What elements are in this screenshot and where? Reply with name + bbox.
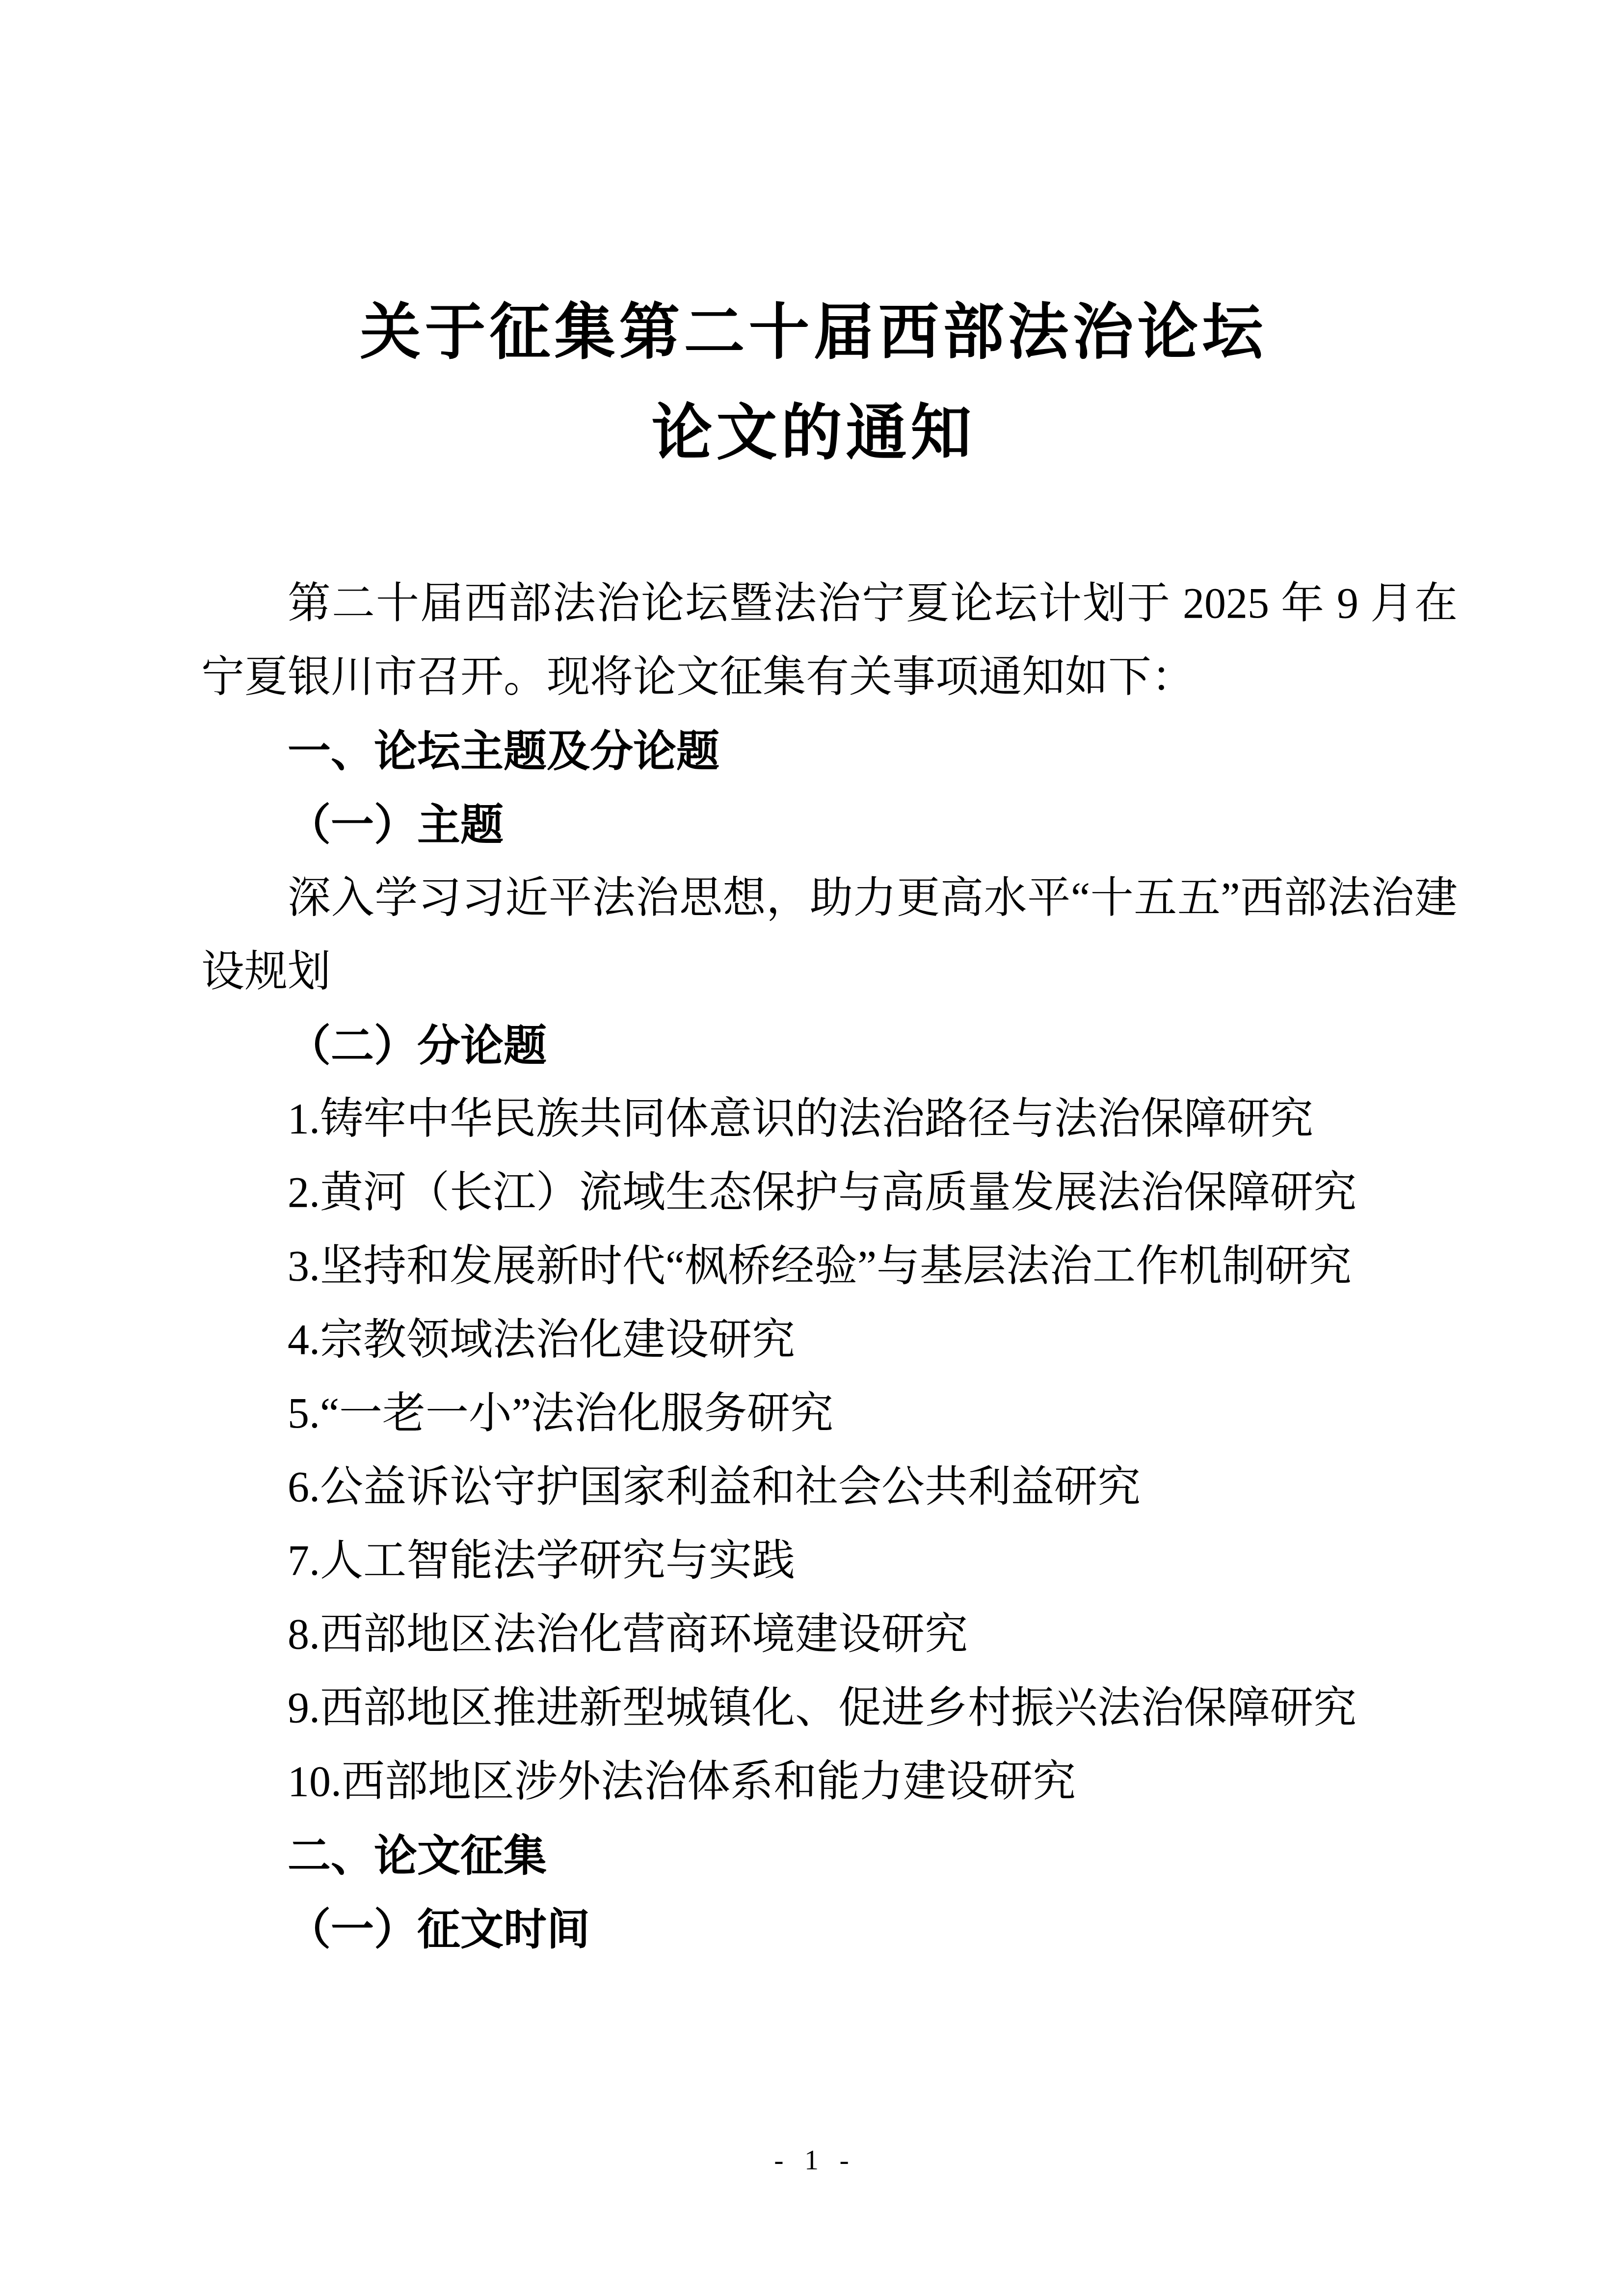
heading-section-2: 二、论文征集 xyxy=(201,1819,1458,1892)
doc-body: 第二十届西部法治论坛暨法治宁夏论坛计划于 2025 年 9 月在宁夏银川市召开。… xyxy=(201,567,1458,1966)
doc-title-line-1: 关于征集第二十届西部法治论坛 xyxy=(0,282,1623,383)
list-item-1: 1.铸牢中华民族共同体意识的法治路径与法治保障研究 xyxy=(201,1082,1458,1156)
doc-title: 关于征集第二十届西部法治论坛 论文的通知 xyxy=(0,282,1623,484)
list-item-5: 5.“一老一小”法治化服务研究 xyxy=(201,1377,1458,1451)
list-item-3: 3.坚持和发展新时代“枫桥经验”与基层法治工作机制研究 xyxy=(201,1230,1458,1303)
list-item-6: 6.公益诉讼守护国家利益和社会公共利益研究 xyxy=(201,1451,1458,1524)
document-page: 关于征集第二十届西部法治论坛 论文的通知 第二十届西部法治论坛暨法治宁夏论坛计划… xyxy=(0,0,1623,2296)
list-item-10: 10.西部地区涉外法治体系和能力建设研究 xyxy=(201,1745,1458,1819)
heading-subtopics: （二）分论题 xyxy=(201,1009,1458,1082)
list-item-9: 9.西部地区推进新型城镇化、促进乡村振兴法治保障研究 xyxy=(201,1672,1458,1745)
list-item-2: 2.黄河（长江）流域生态保护与高质量发展法治保障研究 xyxy=(201,1156,1458,1230)
page-number: - 1 - xyxy=(0,2143,1623,2177)
heading-collection-time: （一）征文时间 xyxy=(201,1892,1458,1966)
paragraph-theme: 深入学习习近平法治思想，助力更高水平“十五五”西部法治建设规划 xyxy=(201,862,1458,1009)
paragraph-intro: 第二十届西部法治论坛暨法治宁夏论坛计划于 2025 年 9 月在宁夏银川市召开。… xyxy=(201,567,1458,714)
list-item-8: 8.西部地区法治化营商环境建设研究 xyxy=(201,1598,1458,1672)
doc-title-line-2: 论文的通知 xyxy=(0,383,1623,484)
list-item-4: 4.宗教领域法治化建设研究 xyxy=(201,1303,1458,1377)
heading-section-1: 一、论坛主题及分论题 xyxy=(201,714,1458,788)
list-item-7: 7.人工智能法学研究与实践 xyxy=(201,1524,1458,1598)
heading-topic: （一）主题 xyxy=(201,788,1458,862)
